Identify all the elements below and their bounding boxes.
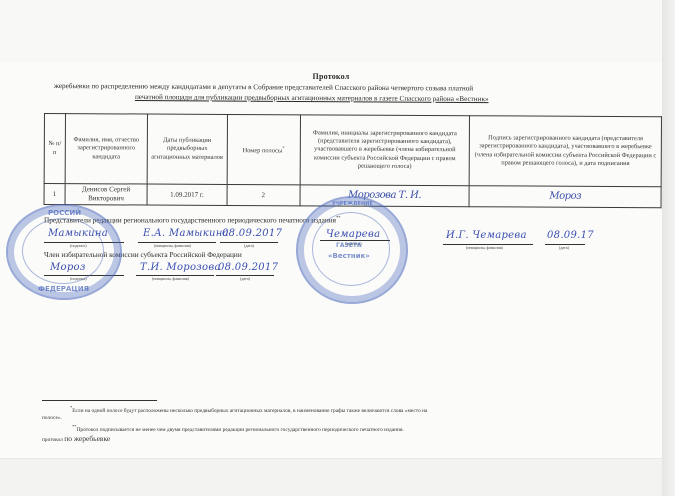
- footnote-divider: [42, 400, 157, 401]
- header-publication-dates: Даты публикации предвыборных агитационны…: [147, 114, 227, 184]
- subtitle-underlined-text: печатной площади для публикации предвыбо…: [135, 93, 489, 103]
- footnote-2-text: Протокол подписывается не менее чем двум…: [77, 427, 404, 433]
- stamp-top-text: РОССИЙ: [48, 209, 81, 217]
- left-official-stamp: РОССИЙ ФЕДЕРАЦИЯ: [6, 204, 122, 300]
- document-subtitle-line1: жеребьевки по распределению между кандид…: [54, 82, 473, 93]
- cell-publication-date: 1.09.2017 г.: [147, 184, 227, 205]
- footnote-1-continuation: полосе».: [42, 415, 62, 421]
- right-newspaper-stamp: УЧРЕЖДЕНИЕ ГАЗЕТА «Вестник»: [296, 196, 408, 304]
- commission-name: Т.И. Морозова: [140, 262, 221, 273]
- rep2-name-caption: (инициалы, фамилия): [466, 245, 503, 250]
- rep1-date: 08.09.2017: [222, 228, 282, 239]
- cell-signature-handwritten: Мороз: [469, 186, 661, 208]
- footnote-1-text: Если на одной полосе будут расположены н…: [72, 408, 427, 414]
- header-participant: Фамилия, инициалы зарегистрированного ка…: [300, 115, 470, 186]
- cell-candidate-name: Денисов Сергей Викторович: [65, 184, 147, 205]
- cell-number: 1: [44, 184, 65, 205]
- footnote-2: **Протокол подписывается не менее чем дв…: [72, 424, 404, 433]
- rep1-date-caption: (дата): [244, 243, 254, 248]
- cell-page-number: 2: [227, 184, 300, 205]
- stamp-inner-ring: [22, 218, 104, 284]
- scan-edge-shadow: [662, 0, 675, 496]
- scan-bottom-band: [0, 458, 662, 496]
- footnote-tail-large: по жеребьевке: [64, 434, 110, 443]
- stamp-inner-ring: [312, 212, 390, 286]
- stamp-top-text: УЧРЕЖДЕНИЕ: [332, 201, 373, 207]
- stamp-bottom-text: ФЕДЕРАЦИЯ: [38, 285, 89, 293]
- draw-results-table: № п/п Фамилия, имя, отчество зарегистрир…: [44, 113, 662, 208]
- handwritten-signature: Мороз: [549, 191, 581, 202]
- rep2-name: И.Г. Чемарева: [446, 230, 527, 241]
- header-candidate-name: Фамилия, имя, отчество зарегистрированно…: [65, 114, 147, 184]
- header-page-number-label: Номер полосы: [243, 147, 283, 154]
- stamp-newspaper-name: «Вестник»: [328, 252, 370, 260]
- rep1-name-caption: (инициалы, фамилия): [154, 243, 191, 248]
- footnote-mark: *: [282, 145, 284, 150]
- footnote-tail-small: протокол: [42, 437, 63, 443]
- rep2-date: 08.09.17: [547, 230, 594, 241]
- footnote-1: *Если на одной полосе будут расположены …: [70, 405, 427, 414]
- document-title: Протокол: [0, 72, 662, 81]
- header-signature: Подпись зарегистрированного кандидата (п…: [469, 116, 661, 187]
- header-number: № п/п: [44, 114, 65, 184]
- rep1-name: Е.А. Мамыкина: [143, 228, 229, 239]
- commission-name-caption: (инициалы, фамилия): [152, 276, 189, 281]
- table-header-row: № п/п Фамилия, имя, отчество зарегистрир…: [44, 114, 661, 187]
- scan-top-band: [0, 0, 662, 62]
- document-page: Протокол жеребьевки по распределению меж…: [0, 0, 662, 496]
- document-subtitle-line2: печатной площади для публикации предвыбо…: [135, 93, 489, 103]
- stamp-center-text: ГАЗЕТА: [336, 242, 362, 249]
- rep2-date-caption: (дата): [559, 245, 569, 250]
- header-page-number: Номер полосы*: [227, 114, 300, 184]
- commission-date-caption: (дата): [240, 276, 250, 281]
- footnote-tail: протокол по жеребьевке: [42, 434, 110, 443]
- commission-date: 08.09.2017: [218, 262, 278, 273]
